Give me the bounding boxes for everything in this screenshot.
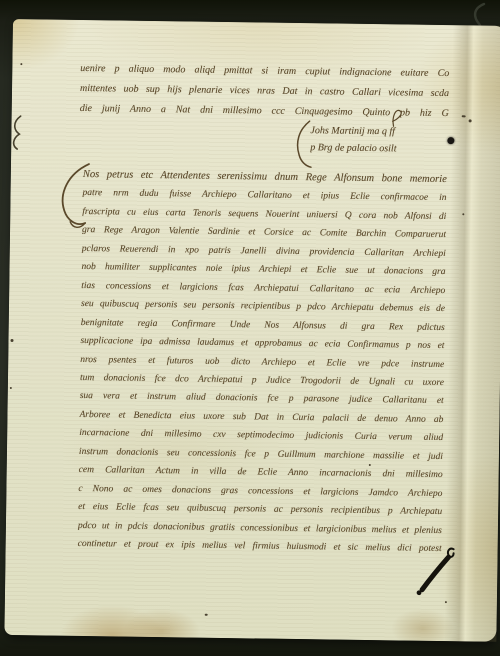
ink-speck <box>469 119 472 122</box>
ink-speck <box>369 464 371 466</box>
wormhole-dot <box>447 137 454 144</box>
chancery-note-block: Johs Martinij ma q ff p Brg de palacio o… <box>310 122 452 158</box>
ink-blot-stroke <box>408 545 461 600</box>
ink-speck <box>10 387 12 389</box>
ink-speck <box>10 339 13 342</box>
manuscript-page: uenire p aliquo modo aliqd pmittat si ir… <box>4 19 500 642</box>
ink-speck <box>462 213 464 215</box>
photo-backdrop: { "manuscript": { "closing_lines": [ "ue… <box>0 0 500 656</box>
manuscript-text-line: Johs Martinij ma q ff <box>310 122 452 141</box>
ink-speck <box>445 601 447 603</box>
corner-curl-mark <box>460 2 490 28</box>
manuscript-text-line: continetur et prout ex ipis melius vel f… <box>78 535 442 559</box>
manuscript-text-line: p Brg de palacio osilt <box>310 139 452 158</box>
body-text-block: Nos petrus etc Attendentes serenissimu d… <box>78 166 447 559</box>
ink-speck <box>462 115 466 117</box>
ink-speck <box>205 614 208 616</box>
left-edge-ink-mark <box>8 114 27 152</box>
ink-speck <box>20 63 22 65</box>
